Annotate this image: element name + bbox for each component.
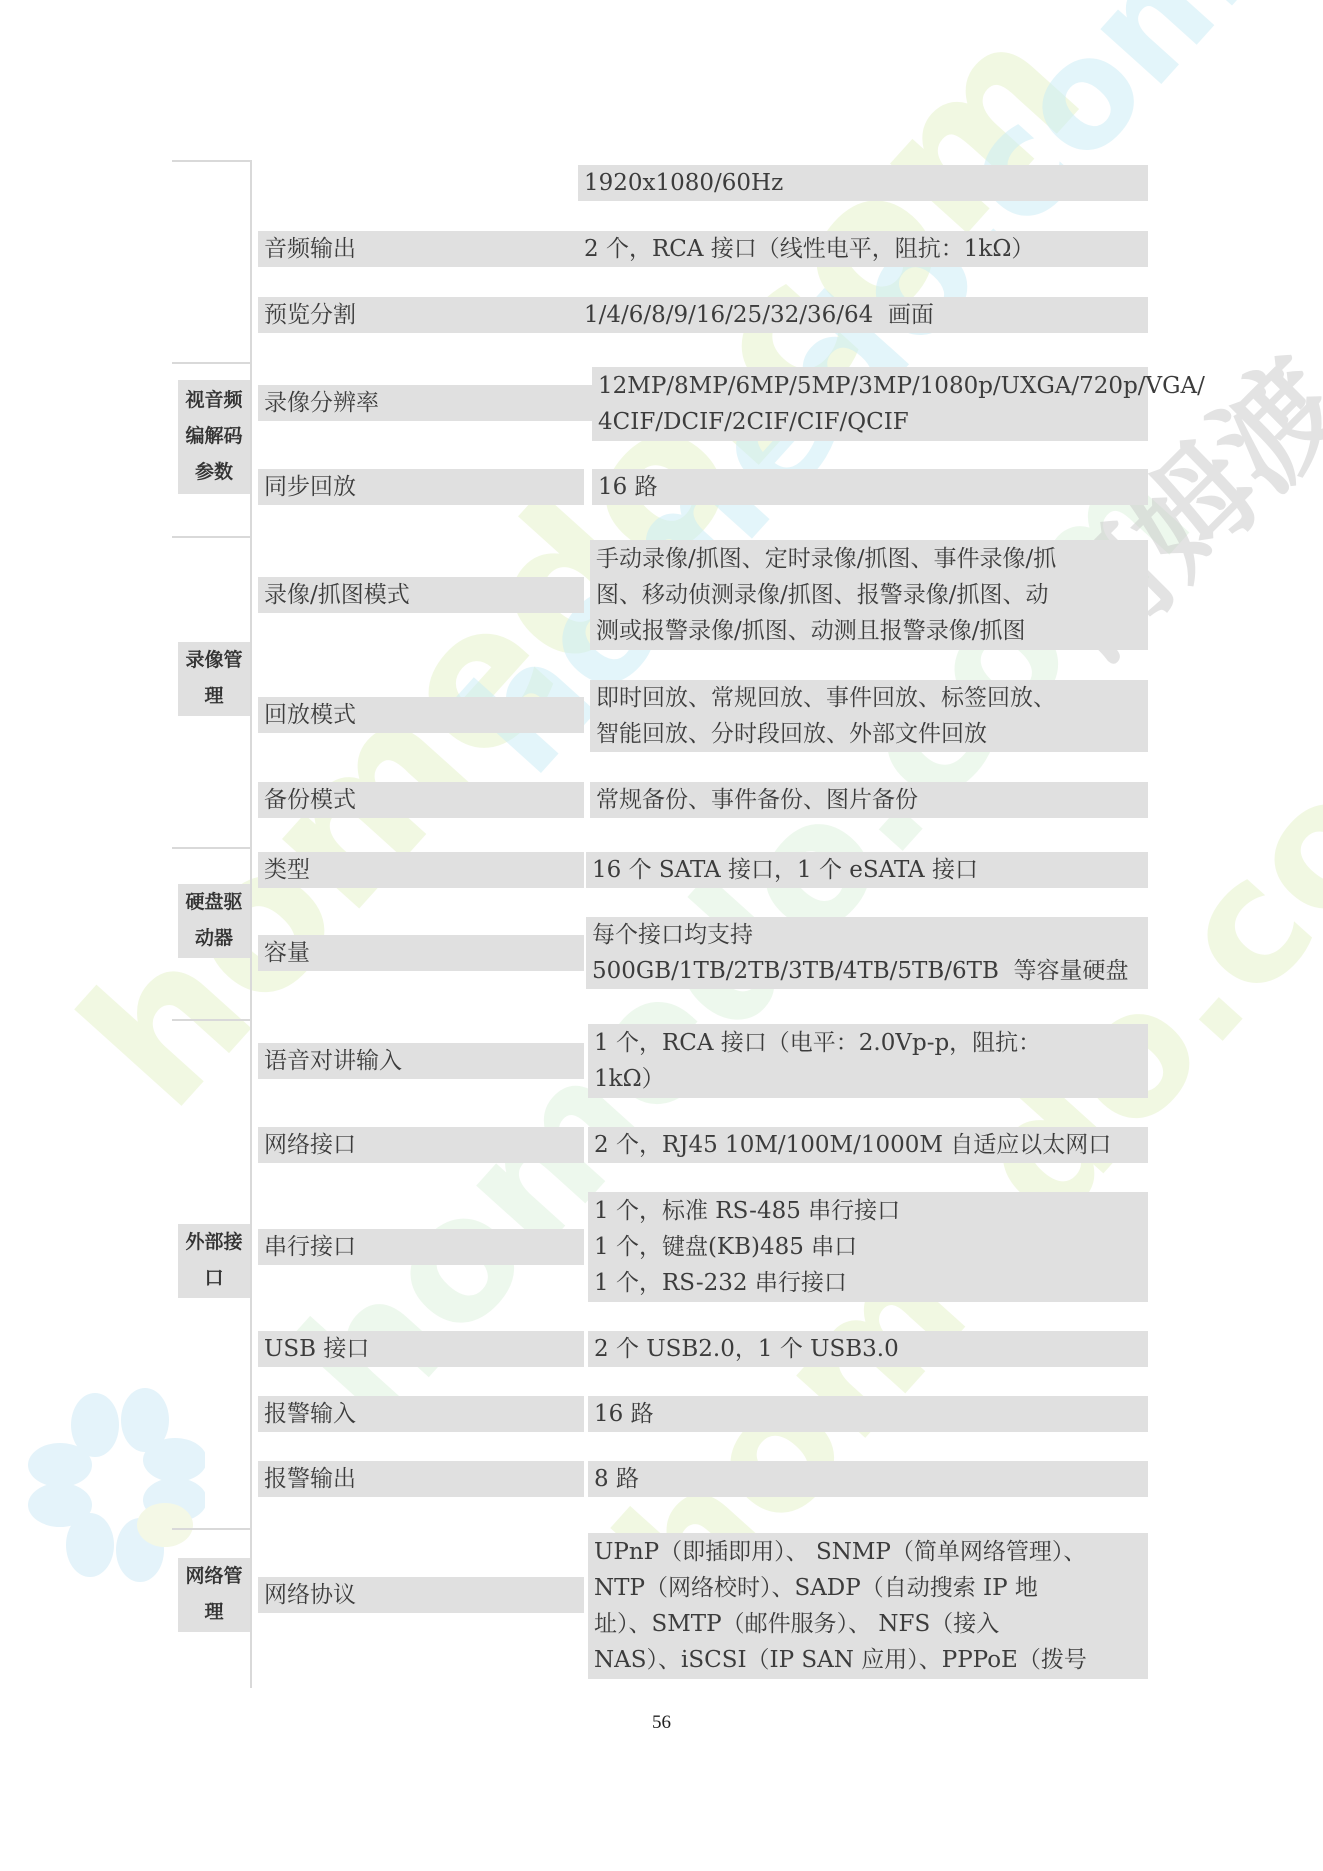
value-line: 16 路 (594, 1396, 654, 1432)
spec-name: 报警输出 (258, 1461, 584, 1497)
table-rule (172, 536, 252, 538)
spec-value: 每个接口均支持 500GB/1TB/2TB/3TB/4TB/5TB/6TB 等容… (586, 917, 1148, 989)
spec-value: UPnP（即插即用）、 SNMP（简单网络管理）、 NTP（网络校时）、SADP… (588, 1533, 1148, 1679)
value-line: 图、移动侦测录像/抓图、报警录像/抓图、动 (596, 577, 1049, 613)
value-line: 2 个 USB2.0，1 个 USB3.0 (594, 1331, 899, 1367)
spec-name: 备份模式 (258, 782, 584, 818)
spec-name: 回放模式 (258, 697, 584, 733)
spec-name: 录像/抓图模式 (258, 577, 584, 613)
value-line: 16 个 SATA 接口，1 个 eSATA 接口 (592, 852, 978, 888)
category-label-line: 视音频 (178, 382, 250, 418)
value-line: 1920x1080/60Hz (584, 165, 783, 201)
spec-name: 同步回放 (258, 469, 584, 505)
spec-value: 1 个，RCA 接口（电平：2.0Vp-p，阻抗： 1kΩ） (588, 1024, 1148, 1098)
spec-name: 报警输入 (258, 1396, 584, 1432)
category-av-codec: 视音频 编解码 参数 (178, 380, 250, 494)
spec-name: 网络协议 (258, 1577, 584, 1613)
category-external-interfaces: 外部接 口 (178, 1224, 250, 1298)
spec-value: 8 路 (588, 1461, 1148, 1497)
spec-value: 12MP/8MP/6MP/5MP/3MP/1080p/UXGA/720p/VGA… (592, 367, 1148, 441)
spec-value: 16 路 (592, 469, 1148, 505)
spec-value: 手动录像/抓图、定时录像/抓图、事件录像/抓 图、移动侦测录像/抓图、报警录像/… (590, 540, 1148, 650)
category-label-line: 录像管 (178, 642, 250, 678)
category-label-line: 硬盘驱 (178, 884, 250, 920)
value-line: 址）、SMTP（邮件服务）、 NFS（接入 (594, 1606, 999, 1642)
spec-value: 常规备份、事件备份、图片备份 (590, 782, 1148, 818)
spec-name: 录像分辨率 (258, 385, 592, 421)
spec-value: 1920x1080/60Hz (578, 165, 1148, 201)
category-label-line: 动器 (178, 920, 250, 956)
value-line: 12MP/8MP/6MP/5MP/3MP/1080p/UXGA/720p/VGA… (598, 368, 1205, 404)
page-number: 56 (0, 1712, 1323, 1734)
value-line: 常规备份、事件备份、图片备份 (596, 782, 918, 818)
value-line: 16 路 (598, 469, 658, 505)
table-rule (172, 1019, 252, 1021)
value-line: 500GB/1TB/2TB/3TB/4TB/5TB/6TB 等容量硬盘 (592, 953, 1129, 989)
table-rule (172, 362, 252, 364)
category-label-line: 网络管 (178, 1558, 250, 1594)
spec-name: 预览分割 (258, 297, 584, 333)
value-line: 每个接口均支持 (592, 917, 753, 953)
value-line: 即时回放、常规回放、事件回放、标签回放、 (596, 680, 1056, 716)
spec-name: 网络接口 (258, 1127, 584, 1163)
spec-name: 串行接口 (258, 1229, 584, 1265)
value-line: 1 个，标准 RS-485 串行接口 (594, 1193, 900, 1229)
value-line: 1 个，RS-232 串行接口 (594, 1265, 847, 1301)
spec-name: 音频输出 (258, 231, 584, 267)
spec-value: 16 个 SATA 接口，1 个 eSATA 接口 (586, 852, 1148, 888)
category-network-management: 网络管 理 (178, 1558, 250, 1632)
spec-value: 1 个，标准 RS-485 串行接口 1 个，键盘(KB)485 串口 1 个，… (588, 1192, 1148, 1302)
table-rule (172, 1528, 252, 1530)
value-line: 4CIF/DCIF/2CIF/CIF/QCIF (598, 404, 909, 440)
spec-name: 类型 (258, 852, 584, 888)
value-line: 1/4/6/8/9/16/25/32/36/64 画面 (584, 297, 934, 333)
spec-value: 2 个 USB2.0，1 个 USB3.0 (588, 1331, 1148, 1367)
category-recording-management: 录像管 理 (178, 642, 250, 716)
spec-name: 语音对讲输入 (258, 1043, 584, 1079)
category-label-line: 外部接 (178, 1224, 250, 1260)
category-hdd: 硬盘驱 动器 (178, 884, 250, 958)
category-label-line: 理 (178, 1594, 250, 1630)
value-line: 2 个，RJ45 10M/100M/1000M 自适应以太网口 (594, 1127, 1111, 1163)
spec-value: 即时回放、常规回放、事件回放、标签回放、 智能回放、分时段回放、外部文件回放 (590, 680, 1148, 752)
table-rule (172, 847, 252, 849)
value-line: 手动录像/抓图、定时录像/抓图、事件录像/抓 (596, 541, 1056, 577)
spec-value: 2 个，RCA 接口（线性电平，阻抗：1kΩ） (578, 231, 1148, 267)
watermark-flower-icon (15, 1385, 205, 1585)
spec-value: 1/4/6/8/9/16/25/32/36/64 画面 (578, 297, 1148, 333)
table-rule (172, 160, 252, 162)
value-line: 1 个，键盘(KB)485 串口 (594, 1229, 857, 1265)
value-line: 8 路 (594, 1461, 639, 1497)
spec-name: USB 接口 (258, 1331, 584, 1367)
spec-name: 容量 (258, 935, 584, 971)
value-line: 1kΩ） (594, 1061, 665, 1097)
value-line: 1 个，RCA 接口（电平：2.0Vp-p，阻抗： (594, 1025, 1041, 1061)
value-line: NAS）、iSCSI（IP SAN 应用）、PPPoE（拨号 (594, 1642, 1087, 1678)
value-line: 2 个，RCA 接口（线性电平，阻抗：1kΩ） (584, 231, 1034, 267)
value-line: UPnP（即插即用）、 SNMP（简单网络管理）、 (594, 1534, 1086, 1570)
value-line: 智能回放、分时段回放、外部文件回放 (596, 716, 987, 752)
category-label-line: 编解码 (178, 418, 250, 454)
category-label-line: 理 (178, 678, 250, 714)
value-line: 测或报警录像/抓图、动测且报警录像/抓图 (596, 613, 1026, 649)
table-divider-vertical (250, 160, 252, 1688)
spec-value: 2 个，RJ45 10M/100M/1000M 自适应以太网口 (588, 1127, 1148, 1163)
spec-value: 16 路 (588, 1396, 1148, 1432)
value-line: NTP（网络校时）、SADP（自动搜索 IP 地 (594, 1570, 1038, 1606)
category-label-line: 口 (178, 1260, 250, 1296)
category-label-line: 参数 (178, 454, 250, 490)
